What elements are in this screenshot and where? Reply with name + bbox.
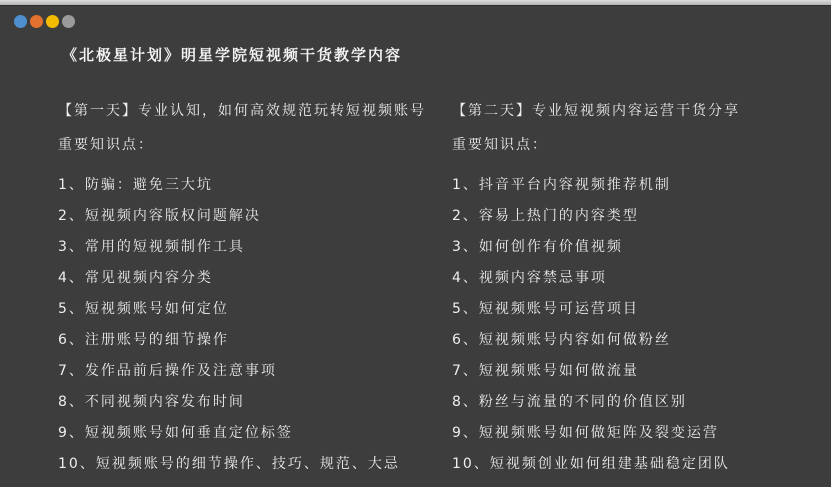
list-item: 5、短视频账号如何定位: [58, 294, 426, 325]
app-window: 《北极星计划》明星学院短视频干货教学内容 【第一天】专业认知，如何高效规范玩转短…: [0, 0, 831, 487]
list-item: 4、视频内容禁忌事项: [452, 263, 740, 294]
list-item: 7、发作品前后操作及注意事项: [58, 356, 426, 387]
list-item: 8、粉丝与流量的不同的价值区别: [452, 387, 740, 418]
list-item: 6、注册账号的细节操作: [58, 325, 426, 356]
window-button-orange[interactable]: [30, 15, 43, 28]
list-item: 9、短视频账号如何垂直定位标签: [58, 418, 426, 449]
list-item: 9、短视频账号如何做矩阵及裂变运营: [452, 418, 740, 449]
window-top-edge: [0, 0, 831, 6]
list-item: 2、短视频内容版权问题解决: [58, 201, 426, 232]
day-one-column: 【第一天】专业认知，如何高效规范玩转短视频账号 重要知识点： 1、防骗：避免三大…: [58, 101, 426, 480]
list-item: 2、容易上热门的内容类型: [452, 201, 740, 232]
list-item: 4、常见视频内容分类: [58, 263, 426, 294]
window-controls: [14, 15, 75, 28]
day-two-heading: 【第二天】专业短视频内容运营干货分享: [452, 101, 740, 121]
list-item: 1、防骗：避免三大坑: [58, 170, 426, 201]
list-item: 10、短视频创业如何组建基础稳定团队: [452, 449, 740, 480]
day-one-heading: 【第一天】专业认知，如何高效规范玩转短视频账号: [58, 101, 426, 121]
list-item: 5、短视频账号可运营项目: [452, 294, 740, 325]
list-item: 6、短视频账号内容如何做粉丝: [452, 325, 740, 356]
list-item: 1、抖音平台内容视频推荐机制: [452, 170, 740, 201]
window-button-gray[interactable]: [62, 15, 75, 28]
page-title: 《北极星计划》明星学院短视频干货教学内容: [62, 44, 402, 65]
list-item: 3、如何创作有价值视频: [452, 232, 740, 263]
day-two-subheading: 重要知识点：: [452, 135, 740, 155]
window-button-blue[interactable]: [14, 15, 27, 28]
list-item: 10、短视频账号的细节操作、技巧、规范、大忌: [58, 449, 426, 480]
list-item: 7、短视频账号如何做流量: [452, 356, 740, 387]
list-item: 8、不同视频内容发布时间: [58, 387, 426, 418]
day-two-column: 【第二天】专业短视频内容运营干货分享 重要知识点： 1、抖音平台内容视频推荐机制…: [452, 101, 740, 480]
day-one-subheading: 重要知识点：: [58, 135, 426, 155]
list-item: 3、常用的短视频制作工具: [58, 232, 426, 263]
window-button-yellow[interactable]: [46, 15, 59, 28]
